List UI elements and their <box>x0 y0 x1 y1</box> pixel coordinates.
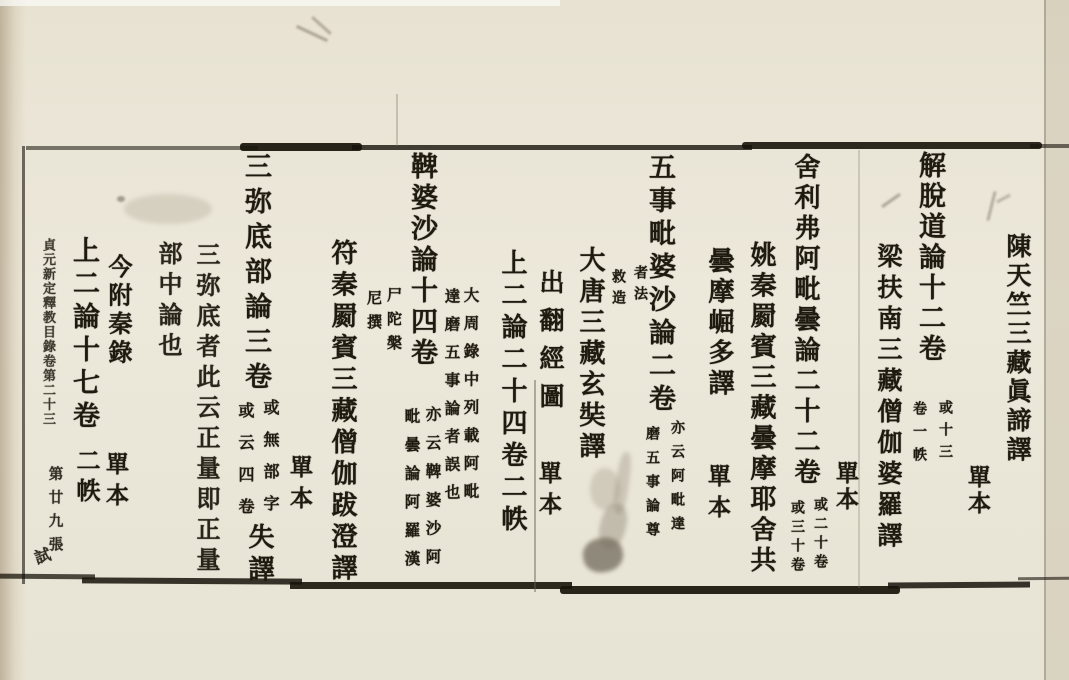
edition-danben-5: 單本 <box>288 455 311 517</box>
frame-top-rule <box>240 143 362 151</box>
edge-cursive-mark: 試 <box>31 546 51 566</box>
frame-top-rule <box>1030 144 1069 148</box>
fold-crease <box>396 94 398 146</box>
ink-wisp <box>986 191 996 221</box>
note-shituopanni-right: 尸陀槃 <box>386 287 401 359</box>
fold-crease <box>858 150 860 588</box>
note-piposha-right: 亦云鞞婆沙阿 <box>425 406 441 577</box>
frame-bottom-rule <box>0 574 95 580</box>
ink-wisp <box>881 193 901 208</box>
note-shelifu-left: 或三十卷 <box>790 500 804 576</box>
note-shituopanni-left: 尼撰 <box>366 290 381 338</box>
ink-wisp <box>996 194 1011 204</box>
title-piposha: 鞞婆沙論十四卷 <box>408 152 435 369</box>
edition-danben-1: 單本 <box>966 465 989 517</box>
note-jinfuqinlu: 今附秦錄 <box>106 254 130 368</box>
ink-smudge <box>590 468 620 510</box>
ink-smudge <box>612 451 634 514</box>
translator-fuqin: 符秦罽賓三藏僧伽跋澄譯 <box>329 239 355 586</box>
title-jietuodaolun: 解脫道論十二卷 <box>916 151 943 365</box>
title-shelifu: 舍利弗阿毗曇論二十二卷 <box>792 153 818 489</box>
edition-danben-2: 單本 <box>834 461 857 513</box>
note-piposha-left: 毗曇論阿羅漢 <box>404 408 420 579</box>
frame-bottom-rule <box>888 582 1030 589</box>
translator-tanmojueduo: 曇摩崛多譯 <box>706 247 732 400</box>
note-fajiu-left: 救造 <box>611 269 625 311</box>
manuscript-page: 陳天竺三藏眞諦譯單本解脫道論十二卷或十三卷一帙梁扶南三藏僧伽婆羅譯單本舍利弗阿毗… <box>0 0 1069 680</box>
comment-zhengliang-2: 部中論也 <box>156 241 180 363</box>
translator-yaoqin: 姚秦罽賓三藏曇摩耶舍共 <box>748 241 774 577</box>
note-jietuo-right: 或十三 <box>938 400 952 466</box>
frame-bottom-rule <box>1018 577 1069 580</box>
frame-top-rule <box>742 142 1042 149</box>
translator-shiyi: 失譯 <box>246 523 272 587</box>
translator-xuanzang: 大唐三藏玄奘譯 <box>577 246 603 463</box>
frame-top-rule <box>26 146 258 150</box>
ink-smudge <box>595 501 631 552</box>
note-chufanjingtu: 出翻經圖 <box>538 269 563 421</box>
ink-smudge <box>580 535 625 575</box>
summary-erzhi: 二帙 <box>74 448 98 508</box>
frame-bottom-rule <box>560 586 900 594</box>
title-wushi: 五事毗婆沙論二卷 <box>646 153 673 417</box>
edition-danben-4: 單本 <box>537 461 560 523</box>
note-jietuo-left: 卷一帙 <box>912 401 926 470</box>
note-sanmidi-right: 或無部字 <box>262 399 278 527</box>
summary-two-treatises-24: 上二論二十四卷二帙 <box>499 249 525 537</box>
note-shelifu-right: 或二十卷 <box>813 497 827 573</box>
edition-danben-6: 單本 <box>104 452 127 514</box>
note-sanmidi-left: 或云四卷 <box>237 402 253 530</box>
faint-stain <box>124 194 212 224</box>
note-dazhou-left: 達磨五事論者誤也 <box>444 288 460 512</box>
note-dazhou-right: 大周錄中列載阿毗 <box>463 287 479 511</box>
comment-zhengliang-1: 三弥底者此云正量即正量 <box>194 242 218 578</box>
frame-left-rule <box>22 146 25 584</box>
top-paper-edge <box>0 0 560 6</box>
title-sanmidi: 三弥底部論三卷 <box>242 152 269 397</box>
ink-dot <box>117 196 125 202</box>
ink-wisp <box>311 16 332 35</box>
edge-catalog-title: 貞元新定釋教目錄卷第二十三 <box>41 238 54 427</box>
ink-wisp <box>296 25 328 42</box>
note-fajiu-right: 者法 <box>633 265 647 307</box>
translator-sengqiepoluo: 梁扶南三藏僧伽婆羅譯 <box>876 243 901 553</box>
note-wushi-left: 磨五事論尊 <box>645 426 659 546</box>
translator-zhendi: 陳天竺三藏眞諦譯 <box>1005 233 1030 465</box>
note-wushi-right: 亦云阿毗達 <box>670 420 684 540</box>
frame-top-rule <box>352 145 752 150</box>
summary-two-treatises-17: 上二論十七卷 <box>70 236 97 434</box>
edition-danben-3: 單本 <box>706 464 729 526</box>
edge-sheet-number: 第廿九張 <box>47 466 62 560</box>
